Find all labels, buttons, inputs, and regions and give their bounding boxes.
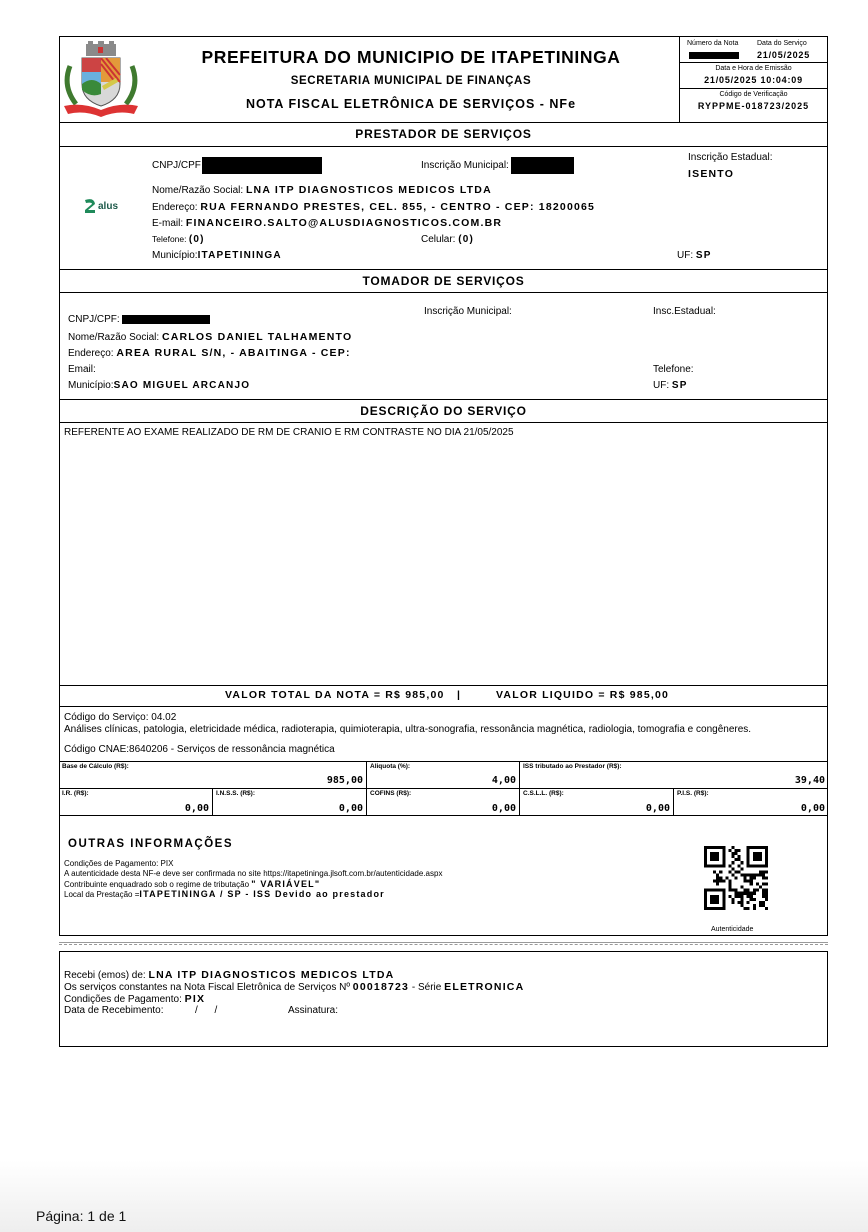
tomador-nome-value: CARLOS DANIEL TALHAMENTO: [162, 331, 352, 343]
valor-liquido: VALOR LIQUIDO = R$ 985,00: [496, 689, 669, 701]
tax-cell-iss: ISS tributado ao Prestador (R$): 39,40: [520, 761, 828, 788]
tax-cell-inss: I.N.S.S. (R$): 0,00: [213, 788, 367, 816]
totais-separator: |: [457, 689, 461, 701]
prestador-section: PRESTADOR DE SERVIÇOS: [59, 122, 828, 270]
tomador-uf-value: SP: [672, 380, 688, 391]
outras-local-value: ITAPETININGA / SP - ISS Devido ao presta…: [139, 889, 384, 899]
descricao-text: REFERENTE AO EXAME REALIZADO DE RM DE CR…: [64, 427, 514, 438]
recibo-numero: 00018723: [353, 981, 409, 993]
header-subtitle: SECRETARIA MUNICIPAL DE FINANÇAS: [142, 75, 680, 87]
document-title: NOTA FISCAL ELETRÔNICA DE SERVIÇOS - NFe: [142, 97, 680, 111]
page-indicator: Página: 1 de 1: [36, 1208, 126, 1224]
cut-line: [59, 942, 828, 945]
divider: [60, 146, 827, 147]
prestador-uf: UF: SP: [677, 250, 712, 261]
prestador-im-redacted: [511, 157, 574, 174]
tomador-endereco: Endereço: AREA RURAL S/N, - ABAITINGA - …: [68, 347, 351, 359]
tomador-title: TOMADOR DE SERVIÇOS: [60, 274, 827, 288]
tomador-cnpj: CNPJ/CPF:: [68, 314, 210, 325]
valor-total: VALOR TOTAL DA NOTA = R$ 985,00: [225, 689, 445, 701]
tax-cell-ir: I.R. (R$): 0,00: [59, 788, 213, 816]
outras-local: Local da Prestação =ITAPETININGA / SP - …: [64, 889, 385, 899]
tomador-municipio-value: SAO MIGUEL ARCANJO: [114, 380, 251, 391]
tomador-ie-label: Insc.Estadual:: [653, 306, 716, 317]
prestador-uf-value: SP: [696, 250, 712, 261]
recibo-data-label: Data de Recebimento:: [64, 1005, 164, 1016]
recibo-pagamento-value: PIX: [185, 993, 206, 1005]
prestador-nome: Nome/Razão Social: LNA ITP DIAGNOSTICOS …: [152, 184, 492, 196]
divider: [60, 292, 827, 293]
page-bottom-bar: [0, 1160, 868, 1232]
descricao-title: DESCRIÇÃO DO SERVIÇO: [60, 404, 827, 418]
emissao-label: Data e Hora de Emissão: [679, 65, 828, 72]
tomador-municipio: Município:SAO MIGUEL ARCANJO: [68, 380, 250, 391]
prestador-cnpj: CNPJ/CPF: [152, 157, 322, 174]
codigo-cnae: Código CNAE:8640206 - Serviços de resson…: [64, 744, 335, 755]
divider: [679, 62, 828, 63]
outras-regime-value: " VARIÁVEL": [251, 879, 320, 889]
prestador-ie-value: ISENTO: [688, 168, 734, 180]
tomador-uf: UF: SP: [653, 380, 688, 391]
descricao-section: DESCRIÇÃO DO SERVIÇO: [59, 399, 828, 686]
emissao-value: 21/05/2025 10:04:09: [679, 75, 828, 85]
recibo-servicos: Os serviços constantes na Nota Fiscal El…: [64, 981, 524, 993]
recibo-recebi-value: LNA ITP DIAGNOSTICOS MEDICOS LTDA: [148, 969, 394, 981]
recibo-pagamento: Condições de Pagamento: PIX: [64, 993, 205, 1005]
numero-nota-redacted: [689, 52, 739, 59]
header-title: PREFEITURA DO MUNICIPIO DE ITAPETININGA: [142, 47, 680, 68]
prestador-ie-label: Inscrição Estadual:: [688, 152, 773, 163]
prestador-endereco-value: RUA FERNANDO PRESTES, CEL. 855, - CENTRO…: [200, 201, 595, 213]
tomador-email-label: Email:: [68, 364, 96, 375]
prestador-cnpj-redacted: [202, 157, 322, 174]
tomador-telefone-label: Telefone:: [653, 364, 694, 375]
codigo-verificacao-label: Código de Verificação: [679, 91, 828, 98]
tax-cell-pis: P.I.S. (R$): 0,00: [674, 788, 828, 816]
recibo-data-value[interactable]: / /: [195, 1005, 217, 1016]
alus-logo: alus: [84, 198, 118, 214]
alus-logo-icon: [84, 198, 96, 214]
data-servico-value: 21/05/2025: [757, 50, 810, 60]
prestador-telefone: Telefone: (0): [152, 234, 205, 245]
tax-cell-base: Base de Cálculo (R$): 985,00: [59, 761, 367, 788]
outras-autenticidade: A autenticidade desta NF-e deve ser conf…: [64, 869, 442, 878]
codigo-verificacao-value: RYPPME-018723/2025: [679, 101, 828, 111]
divider: [679, 88, 828, 89]
recibo-serie: ELETRONICA: [444, 981, 524, 993]
prestador-title: PRESTADOR DE SERVIÇOS: [60, 127, 827, 141]
prestador-im-label: Inscrição Municipal:: [421, 160, 509, 171]
qr-caption: Autenticidade: [711, 926, 753, 933]
outras-regime: Contribuinte enquadrado sob o regime de …: [64, 879, 320, 889]
prestador-email-value: FINANCEIRO.SALTO@ALUSDIAGNOSTICOS.COM.BR: [186, 217, 502, 229]
divider: [60, 422, 827, 423]
tax-cell-aliquota: Aliquota (%): 4,00: [367, 761, 520, 788]
prestador-nome-value: LNA ITP DIAGNOSTICOS MEDICOS LTDA: [246, 184, 492, 196]
prestador-celular: Celular: (0): [421, 234, 474, 245]
servico-descricao: Análises clínicas, patologia, eletricida…: [64, 724, 751, 735]
prestador-cnpj-label: CNPJ/CPF: [152, 160, 201, 171]
prestador-celular-value: (0): [458, 234, 474, 245]
numero-nota-label: Número da Nota: [687, 40, 738, 47]
prestador-email: E-mail: FINANCEIRO.SALTO@ALUSDIAGNOSTICO…: [152, 217, 502, 229]
prestador-telefone-value: (0): [189, 234, 205, 245]
prestador-municipio: Município:ITAPETININGA: [152, 250, 282, 261]
municipal-coat-of-arms-icon: [60, 40, 142, 120]
codigo-servico: Código do Serviço: 04.02: [64, 712, 176, 723]
outras-pagamento: Condições de Pagamento: PIX: [64, 859, 173, 868]
tomador-cnpj-redacted: [122, 315, 210, 324]
prestador-endereco: Endereço: RUA FERNANDO PRESTES, CEL. 855…: [152, 201, 595, 213]
prestador-im: Inscrição Municipal:: [421, 157, 574, 174]
recibo-recebi: Recebi (emos) de: LNA ITP DIAGNOSTICOS M…: [64, 969, 394, 981]
tax-cell-csll: C.S.L.L. (R$): 0,00: [520, 788, 674, 816]
tomador-endereco-value: AREA RURAL S/N, - ABAITINGA - CEP:: [116, 347, 350, 359]
tomador-im-label: Inscrição Municipal:: [424, 306, 512, 317]
prestador-municipio-value: ITAPETININGA: [198, 250, 282, 261]
tomador-nome: Nome/Razão Social: CARLOS DANIEL TALHAME…: [68, 331, 352, 343]
data-servico-label: Data do Serviço: [757, 40, 807, 47]
outras-title: OUTRAS INFORMAÇÕES: [68, 838, 233, 850]
recibo-assinatura-label: Assinatura:: [288, 1005, 338, 1016]
qr-code-icon[interactable]: [704, 846, 768, 910]
alus-logo-text: alus: [98, 201, 118, 212]
tax-cell-cofins: COFINS (R$): 0,00: [367, 788, 520, 816]
